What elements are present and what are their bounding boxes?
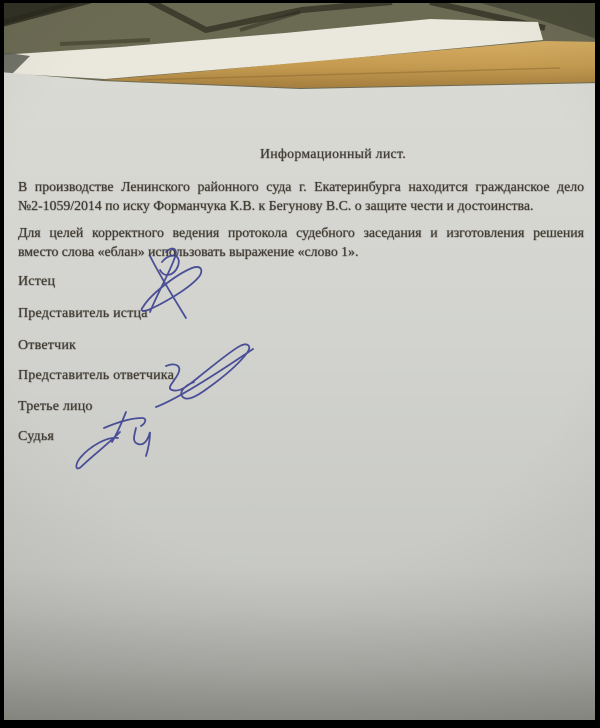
photo-frame: Информационный лист. В производстве Лени…	[4, 3, 595, 720]
judge-signature-ink	[76, 412, 150, 468]
plaintiff-signature-ink	[142, 249, 202, 318]
photo-scene: Информационный лист. В производстве Лени…	[4, 3, 595, 720]
signatures-layer	[4, 3, 595, 720]
defendant-representative-signature-ink	[156, 344, 253, 407]
